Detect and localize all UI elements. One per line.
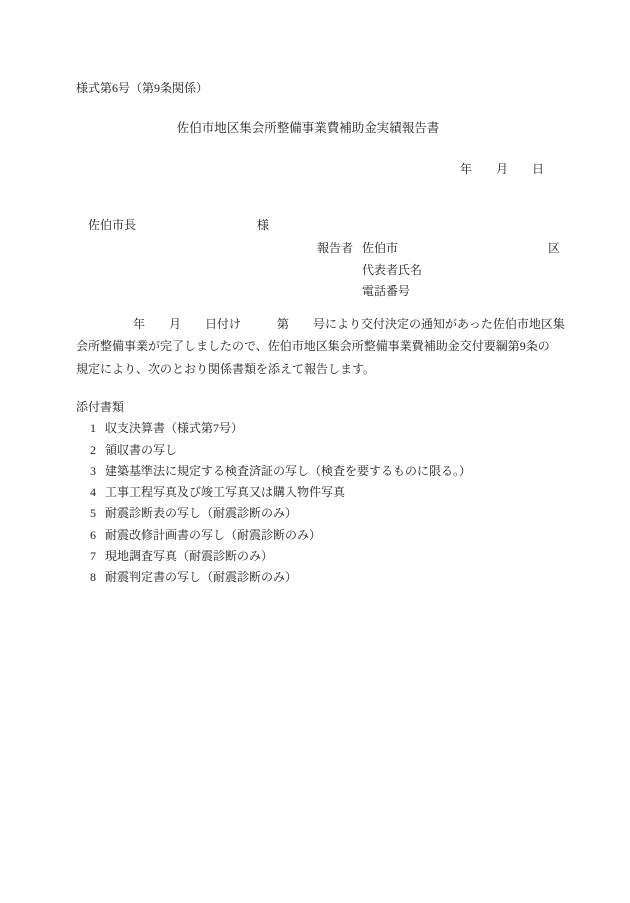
attachment-item: 2 領収書の写し: [76, 440, 471, 461]
attachment-item: 3 建築基準法に規定する検査済証の写し（検査を要するものに限る。）: [76, 461, 471, 482]
attachment-number: 5: [90, 503, 105, 524]
attachment-item: 5 耐震診断表の写し（耐震診断のみ）: [76, 503, 471, 524]
reporter-row-phone: 電話番号: [317, 281, 560, 303]
form-number: 様式第6号（第9条関係）: [76, 79, 208, 96]
attachment-item: 7 現地調査写真（耐震診断のみ）: [76, 546, 471, 567]
reporter-phone-label: 電話番号: [362, 281, 410, 303]
attachment-text: 耐震判定書の写し（耐震診断のみ）: [105, 567, 297, 588]
addressee-honorific: 様: [257, 218, 269, 232]
attachment-text: 収支決算書（様式第7号）: [105, 418, 243, 439]
reporter-row-representative: 代表者氏名: [317, 260, 560, 282]
attachment-text: 耐震診断表の写し（耐震診断のみ）: [105, 503, 297, 524]
reporter-district-line: 佐伯市 区: [362, 238, 560, 260]
reporter-block: 報告者 佐伯市 区 代表者氏名 電話番号: [317, 238, 560, 303]
attachment-text: 現地調査写真（耐震診断のみ）: [105, 546, 273, 567]
document-title: 佐伯市地区集会所整備事業費補助金実績報告書: [0, 118, 616, 136]
attachment-item: 6 耐震改修計画書の写し（耐震診断のみ）: [76, 525, 471, 546]
reporter-district-suffix: 区: [548, 238, 560, 260]
attachment-item: 4 工事工程写真及び竣工写真又は購入物件写真: [76, 482, 471, 503]
attachment-number: 1: [90, 418, 105, 439]
attachments-header: 添付書類: [76, 397, 471, 418]
reporter-representative-label: 代表者氏名: [362, 260, 422, 282]
reporter-row-district: 報告者 佐伯市 区: [317, 238, 560, 260]
reporter-label: 報告者: [317, 238, 362, 260]
attachment-number: 2: [90, 440, 105, 461]
attachment-number: 6: [90, 525, 105, 546]
addressee-name: 佐伯市長: [88, 218, 136, 232]
attachment-number: 3: [90, 461, 105, 482]
date-line: 年 月 日: [460, 160, 544, 177]
attachment-item: 1 収支決算書（様式第7号）: [76, 418, 471, 439]
document-page: 様式第6号（第9条関係） 佐伯市地区集会所整備事業費補助金実績報告書 年 月 日…: [0, 0, 630, 903]
attachment-number: 8: [90, 567, 105, 588]
reporter-city-prefix: 佐伯市: [362, 238, 398, 260]
attachment-text: 耐震改修計画書の写し（耐震診断のみ）: [105, 525, 321, 546]
addressee-line: 佐伯市長様: [76, 201, 269, 248]
attachment-item: 8 耐震判定書の写し（耐震診断のみ）: [76, 567, 471, 588]
attachment-text: 工事工程写真及び竣工写真又は購入物件写真: [105, 482, 345, 503]
body-paragraph: 年 月 日付け 第 号により交付決定の通知があった佐伯市地区集 会所整備事業が完…: [76, 313, 584, 380]
attachment-number: 4: [90, 482, 105, 503]
attachment-text: 建築基準法に規定する検査済証の写し（検査を要するものに限る。）: [105, 461, 471, 482]
attachment-text: 領収書の写し: [105, 440, 177, 461]
attachment-number: 7: [90, 546, 105, 567]
attachments-section: 添付書類 1 収支決算書（様式第7号） 2 領収書の写し 3 建築基準法に規定す…: [76, 397, 471, 589]
